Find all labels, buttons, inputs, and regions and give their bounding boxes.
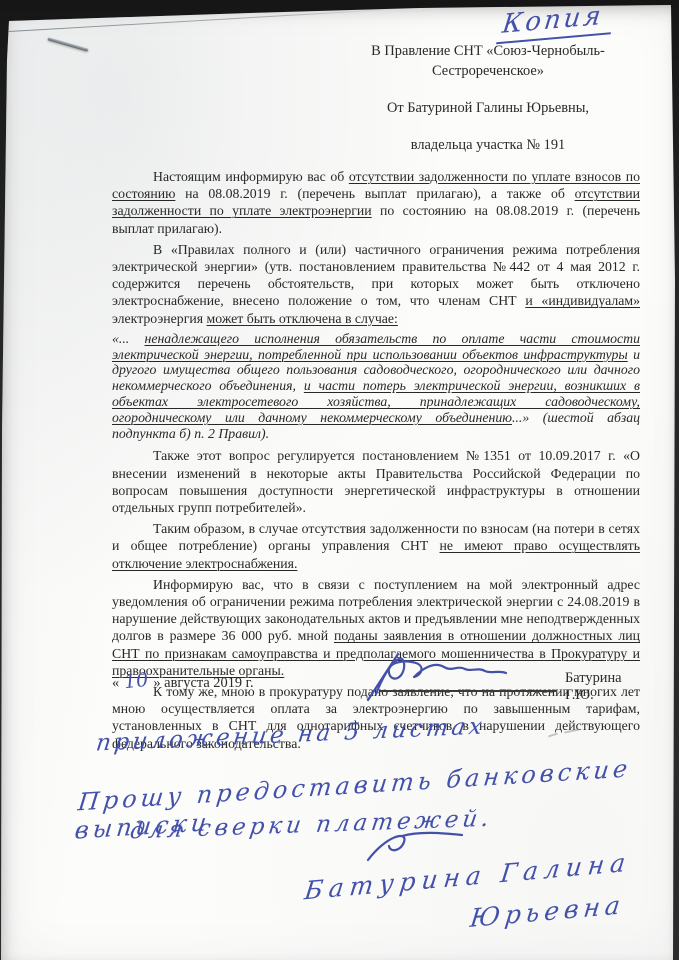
underlined-run: может быть отключена в случае: — [207, 311, 398, 326]
paragraph-4: Также этот вопрос регулируется постановл… — [112, 447, 640, 516]
paragraph-5: Таким образом, в случае отсутствия задол… — [112, 520, 640, 572]
staple-mark — [47, 37, 88, 51]
text-run: на 08.08.2019 г. (перечень выплат прилаг… — [175, 186, 574, 201]
text-run: электроэнергия — [112, 311, 207, 326]
document-page: Копия В Правление СНТ «Союз-Чернобыль-Се… — [0, 0, 679, 960]
recipient-line-from: От Батуриной Галины Юрьевны, — [317, 98, 659, 118]
paragraph-1: Настоящим информирую вас об отсутствии з… — [112, 168, 640, 237]
scan-background: Копия В Правление СНТ «Союз-Чернобыль-Се… — [0, 0, 679, 960]
paragraph-2: В «Правилах полного и (или) частичного о… — [112, 241, 640, 327]
date-signature-line: «10» августа 2019 г. Батурина Г.Ю. — [112, 664, 640, 709]
text-run: «... — [112, 331, 144, 346]
date-suffix: » августа 2019 г. — [153, 675, 253, 691]
text-run: Настоящим информирую вас об — [153, 169, 349, 184]
underlined-run: и «индивидуалам» — [525, 293, 640, 308]
signature-flourish — [362, 826, 482, 866]
copy-annotation: Копия — [496, 0, 615, 44]
date-text: «10» августа 2019 г. — [112, 670, 254, 692]
handwritten-name-line-2: Юрьевна — [468, 890, 626, 933]
handwritten-day: 10 — [118, 668, 154, 693]
signature-scribble — [364, 646, 524, 704]
signatory-name: Батурина Г.Ю. — [565, 670, 640, 704]
underlined-run: ненадлежащего исполнения обязательств по… — [112, 331, 640, 362]
text-run: Также этот вопрос регулируется постановл… — [112, 448, 640, 515]
recipient-line-plot: владельца участка № 191 — [317, 135, 659, 155]
paragraph-3-quote: «... ненадлежащего исполнения обязательс… — [112, 331, 640, 442]
pencil-smudge — [548, 728, 582, 738]
recipient-line-to: В Правление СНТ «Союз-Чернобыль-Сестроре… — [317, 41, 659, 81]
sheet-edge-line — [9, 8, 400, 32]
recipient-block: В Правление СНТ «Союз-Чернобыль-Сестроре… — [317, 41, 659, 172]
